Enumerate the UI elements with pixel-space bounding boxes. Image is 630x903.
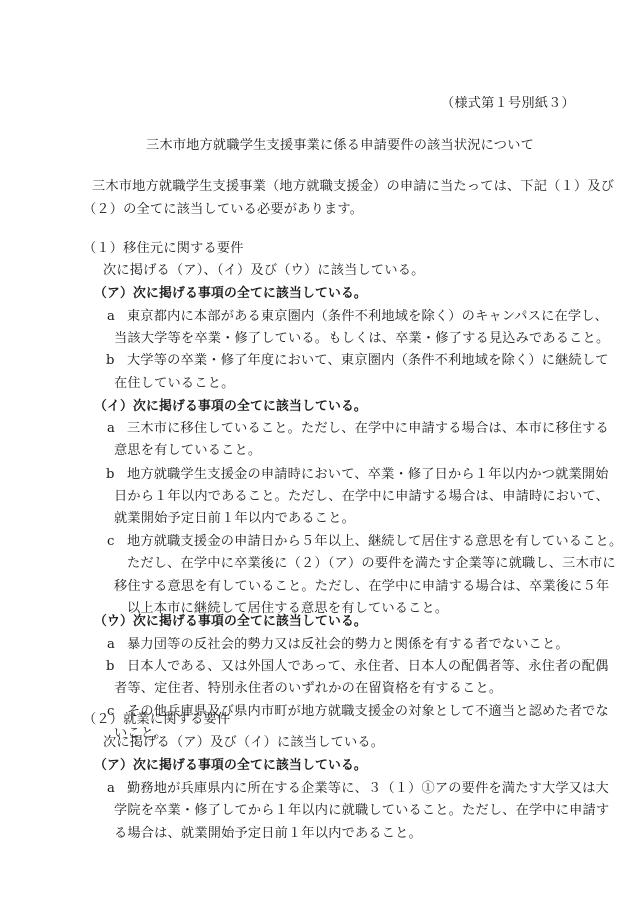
intro-line-1: 三木市地方就職学生支援事業（地方就職支援金）の申請に当たっては、下記（１）及び — [92, 178, 614, 196]
section1-lead: 次に掲げる（ア）、（イ）及び（ウ）に該当している。 — [103, 262, 425, 280]
item-mark: b — [106, 466, 115, 484]
item-line: 勤務地が兵庫県内に所在する企業等に、３（１）①アの要件を満たす大学又は大 — [127, 780, 609, 798]
item-line: 当該大学等を卒業・修了している。もしくは、卒業・修了する見込みであること。 — [114, 330, 609, 348]
form-label: （様式第１号別紙３） — [441, 95, 575, 113]
item-line: ただし、在学中に卒業後に（２）（ア）の要件を満たす企業等に就職し、三木市に — [127, 555, 616, 573]
item-mark: a — [107, 780, 115, 798]
item-line: 者等、定住者、特別永住者のいずれかの在留資格を有すること。 — [114, 680, 502, 698]
item-mark: a — [107, 420, 115, 438]
item-mark: c — [107, 533, 115, 551]
item-line: 在住していること。 — [114, 375, 235, 393]
item-line: 意思を有していること。 — [114, 442, 261, 460]
intro-line-2: （２）の全てに該当している必要があります。 — [83, 201, 363, 219]
section1-a-heading: （ア）次に掲げる事項の全てに該当している。 — [94, 285, 367, 303]
item-line: 三木市に移住していること。ただし、在学中に申請する場合は、本市に移住する — [127, 420, 609, 438]
item-line: 地方就職学生支援金の申請時において、卒業・修了日から１年以内かつ就業開始 — [127, 466, 609, 484]
section1-heading: （１）移住元に関する要件 — [83, 240, 244, 258]
item-mark: b — [106, 658, 115, 676]
item-mark: a — [107, 308, 115, 326]
item-mark: b — [106, 352, 115, 370]
item-line: 移住する意思を有していること。ただし、在学中に申請する場合は、卒業後に５年 — [114, 578, 609, 596]
item-line: 日本人である、又は外国人であって、永住者、日本人の配偶者等、永住者の配偶 — [127, 658, 609, 676]
section2-a-heading: （ア）次に掲げる事項の全てに該当している。 — [94, 757, 367, 775]
item-line: 東京都内に本部がある東京圏内（条件不利地域を除く）のキャンパスに在学し、 — [127, 308, 608, 326]
item-line: る場合は、就業開始予定日前１年以内であること。 — [114, 825, 422, 843]
item-line: 地方就職支援金の申請日から５年以上、継続して居住する意思を有していること。 — [127, 533, 622, 551]
section2-heading: （２）就業に関する要件 — [83, 711, 230, 729]
item-line: 学院を卒業・修了してから１年以内に就職していること。ただし、在学中に申請す — [114, 802, 609, 820]
item-line: 日から１年以内であること。ただし、在学中に申請する場合は、申請時において、 — [114, 488, 609, 506]
item-line: 暴力団等の反社会的勢力又は反社会的勢力と関係を有する者でないこと。 — [127, 636, 569, 654]
section1-u-heading: （ウ）次に掲げる事項の全てに該当している。 — [94, 613, 367, 631]
section1-i-heading: （イ）次に掲げる事項の全てに該当している。 — [94, 398, 367, 416]
item-line: 大学等の卒業・修了年度において、東京圏内（条件不利地域を除く）に継続して — [127, 352, 609, 370]
item-mark: a — [107, 636, 115, 654]
section2-lead: 次に掲げる（ア）及び（イ）に該当している。 — [103, 734, 384, 752]
page-title: 三木市地方就職学生支援事業に係る申請要件の該当状況について — [146, 137, 534, 155]
item-line: 就業開始予定日前１年以内であること。 — [114, 510, 355, 528]
